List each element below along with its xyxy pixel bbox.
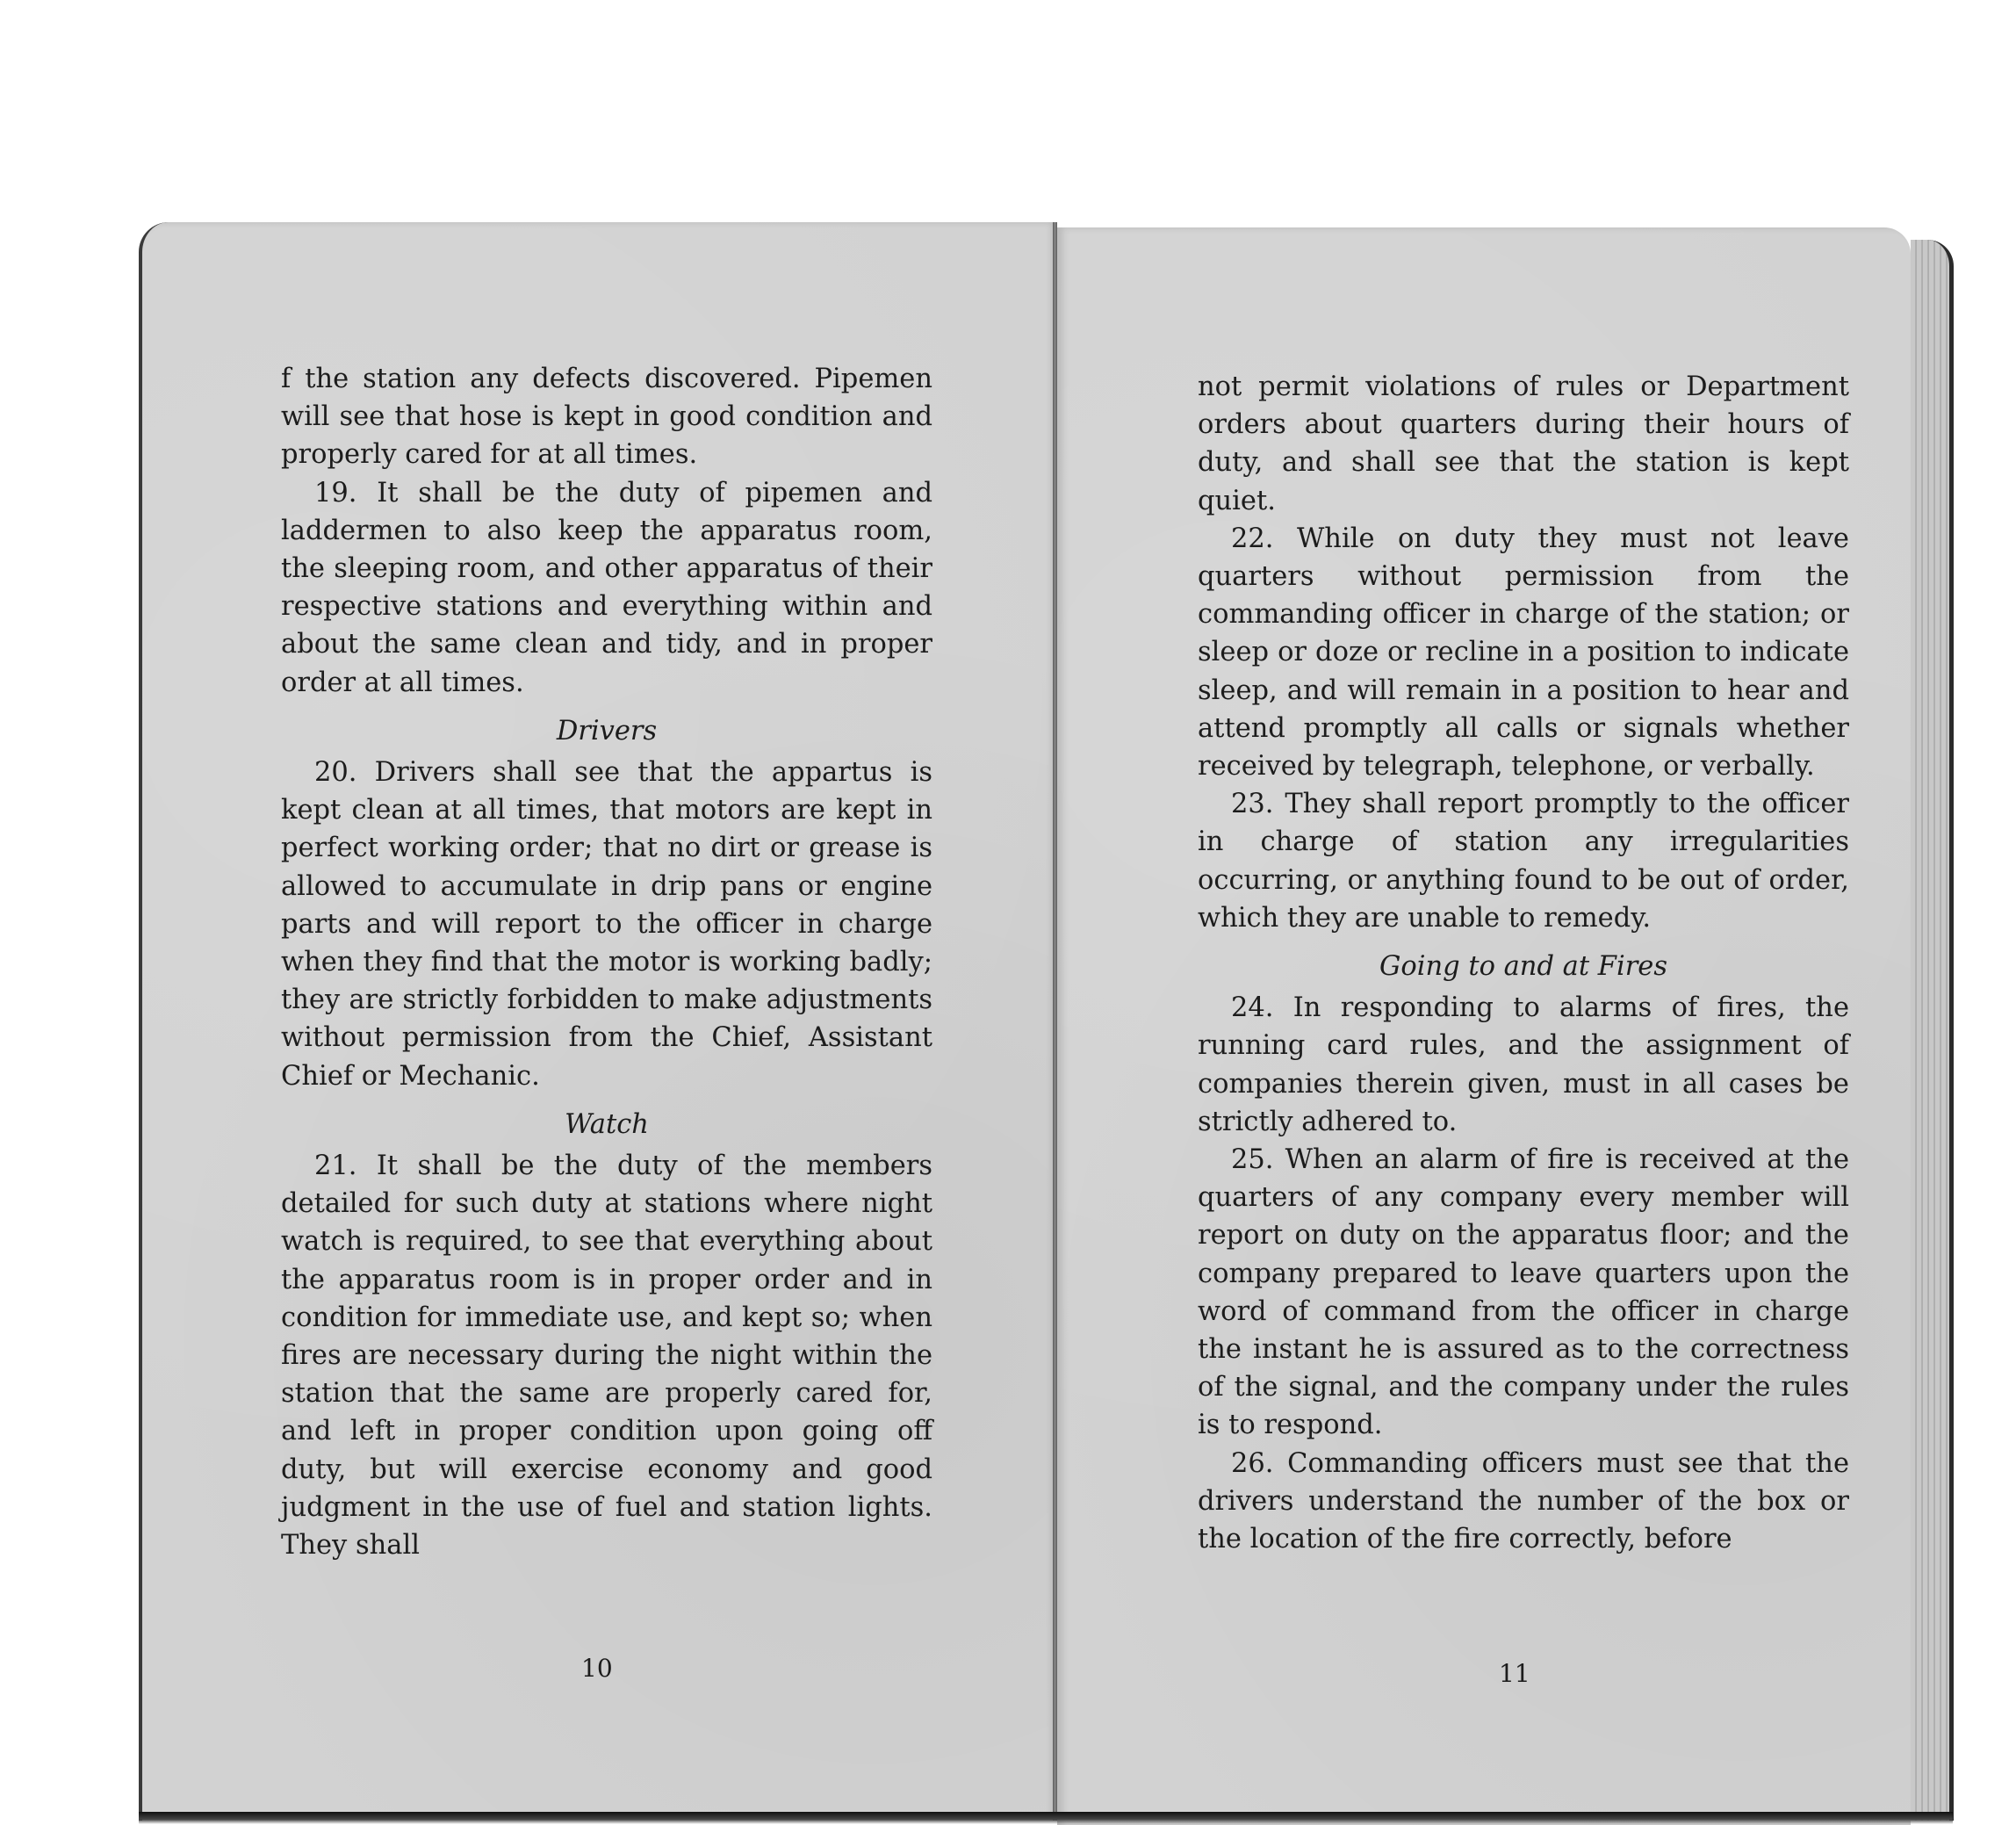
rule-25: 25. When an alarm of fire is received at… (1198, 1141, 1849, 1445)
section-heading-going-to-fires: Going to and at Fires (1198, 948, 1849, 985)
left-page-text: f the station any defects discovered. Pi… (281, 360, 932, 1564)
page-number-right: 11 (1499, 1659, 1530, 1688)
left-page: f the station any defects discovered. Pi… (139, 222, 1057, 1821)
open-booklet: f the station any defects discovered. Pi… (139, 222, 1974, 1821)
right-page-text: not permit violations of rules or Depart… (1198, 368, 1849, 1558)
rule-19: 19. It shall be the duty of pipemen and … (281, 474, 932, 702)
continuation-text: not permit violations of rules or Depart… (1198, 368, 1849, 520)
rule-23: 23. They shall report promptly to the of… (1198, 785, 1849, 937)
section-heading-watch: Watch (281, 1106, 932, 1143)
page-stack-edges (1911, 240, 1954, 1821)
rule-21: 21. It shall be the duty of the members … (281, 1147, 932, 1564)
section-heading-drivers: Drivers (281, 712, 932, 750)
rule-20: 20. Drivers shall see that the appartus … (281, 754, 932, 1095)
rule-22: 22. While on duty they must not leave qu… (1198, 520, 1849, 785)
rule-24: 24. In responding to alarms of fires, th… (1198, 989, 1849, 1141)
continuation-text: f the station any defects discovered. Pi… (281, 360, 932, 474)
rule-26: 26. Commanding officers must see that th… (1198, 1445, 1849, 1559)
right-page: not permit violations of rules or Depart… (1057, 227, 1911, 1825)
bottom-edge-shadow (139, 1812, 1953, 1824)
page-number-left: 10 (581, 1654, 613, 1683)
